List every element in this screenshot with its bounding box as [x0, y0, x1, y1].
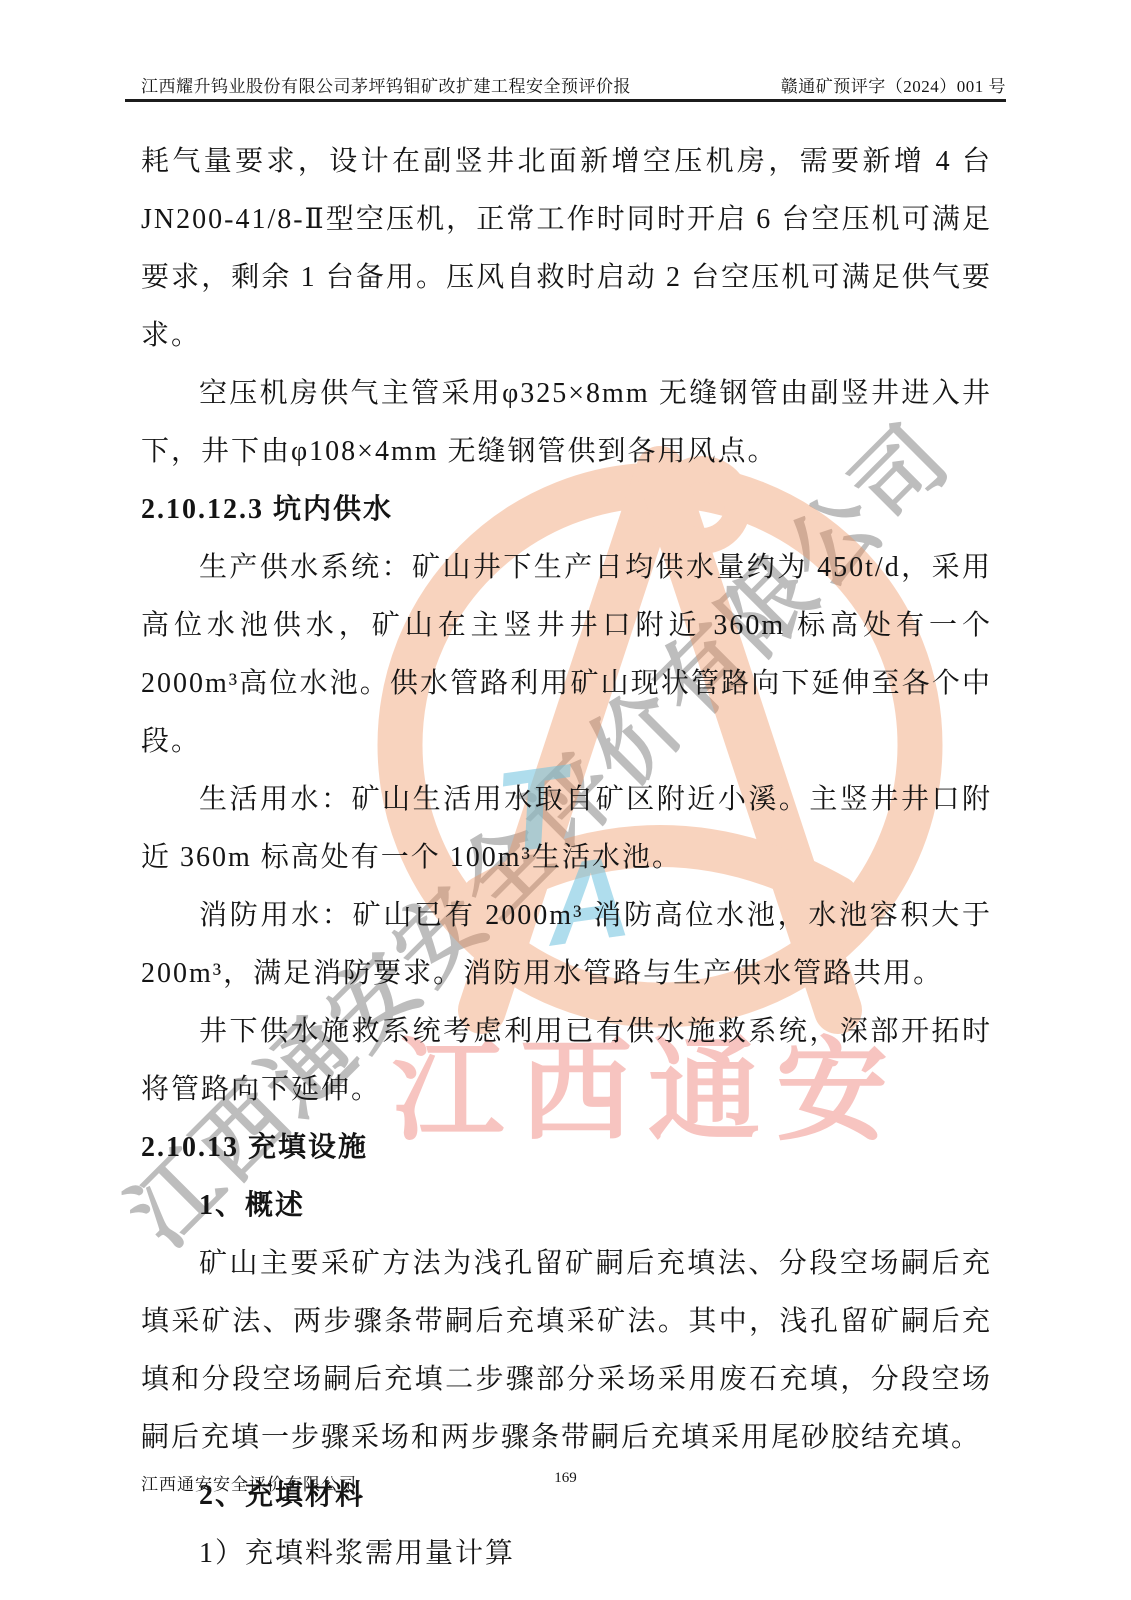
paragraph-fire-water: 消防用水：矿山已有 2000m³ 消防高位水池，水池容积大于 200m³，满足消… [141, 887, 992, 1003]
page-number: 169 [0, 1470, 1131, 1487]
paragraph-mining-methods: 矿山主要采矿方法为浅孔留矿嗣后充填法、分段空场嗣后充填采矿法、两步骤条带嗣后充填… [141, 1235, 992, 1467]
paragraph-production-water: 生产供水系统：矿山井下生产日均供水量约为 450t/d，采用高位水池供水，矿山在… [141, 539, 992, 771]
document-number: 赣通矿预评字（2024）001 号 [781, 72, 1006, 97]
header-divider [125, 99, 1006, 102]
subheading-overview: 1、概述 [141, 1177, 992, 1235]
paragraph-rescue-water-system: 井下供水施救系统考虑利用已有供水施救系统，深部开拓时将管路向下延伸。 [141, 1003, 992, 1119]
report-page: 江西通安安全评价有限公司 T A 江西通安 江西耀升钨业股份有限公司茅坪钨钼矿改… [0, 0, 1131, 1600]
page-header: 江西耀升钨业股份有限公司茅坪钨钼矿改扩建工程安全预评价报 赣通矿预评字（2024… [141, 72, 1006, 97]
section-heading-backfill-facilities: 2.10.13 充填设施 [141, 1119, 992, 1177]
report-title-header: 江西耀升钨业股份有限公司茅坪钨钼矿改扩建工程安全预评价报 [141, 72, 631, 97]
paragraph-air-supply-pipes: 空压机房供气主管采用φ325×8mm 无缝钢管由副竖井进入井下，井下由φ108×… [141, 365, 992, 481]
paragraph-domestic-water: 生活用水：矿山生活用水取自矿区附近小溪。主竖井井口附近 360m 标高处有一个 … [141, 771, 992, 887]
section-heading-pit-water-supply: 2.10.12.3 坑内供水 [141, 481, 992, 539]
list-item-slurry-calculation: 1）充填料浆需用量计算 [141, 1525, 992, 1583]
paragraph-air-consumption: 耗气量要求，设计在副竖井北面新增空压机房，需要新增 4 台 JN200-41/8… [141, 133, 992, 365]
document-body: 耗气量要求，设计在副竖井北面新增空压机房，需要新增 4 台 JN200-41/8… [141, 133, 992, 1583]
